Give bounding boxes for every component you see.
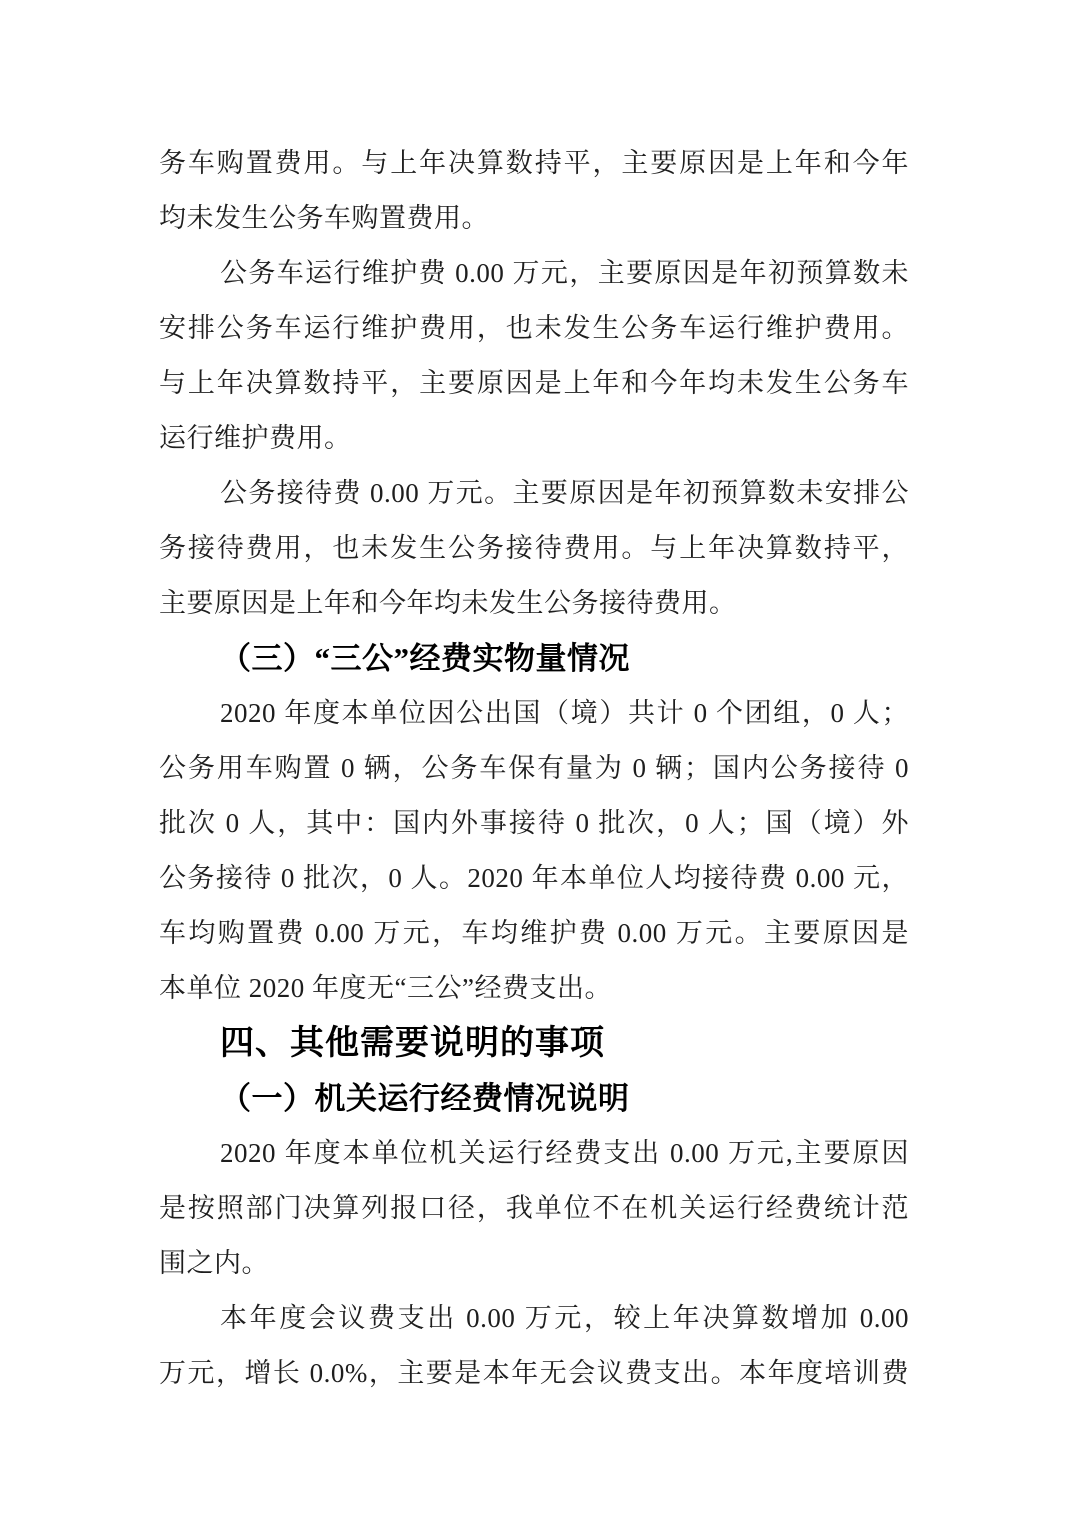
text-line: 与上年决算数持平，主要原因是上年和今年均未发生公务车 <box>159 356 909 411</box>
text-line: 主要原因是上年和今年均未发生公务接待费用。 <box>159 576 909 631</box>
text-line: 运行维护费用。 <box>159 411 909 466</box>
text-line: 安排公务车运行维护费用，也未发生公务车运行维护费用。 <box>159 301 909 356</box>
text-line: 务接待费用，也未发生公务接待费用。与上年决算数持平， <box>159 521 909 576</box>
text-line: 2020 年度本单位因公出国（境）共计 0 个团组，0 人； <box>159 686 909 741</box>
text-line: 均未发生公务车购置费用。 <box>159 191 909 246</box>
text-line: 万元，增长 0.0%，主要是本年无会议费支出。本年度培训费 <box>159 1346 909 1401</box>
text-line: 批次 0 人，其中：国内外事接待 0 批次，0 人；国（境）外 <box>159 796 909 851</box>
text-line: 本年度会议费支出 0.00 万元，较上年决算数增加 0.00 <box>159 1291 909 1346</box>
text-line: 围之内。 <box>159 1236 909 1291</box>
text-line: 务车购置费用。与上年决算数持平，主要原因是上年和今年 <box>159 136 909 191</box>
section-heading: 四、其他需要说明的事项 <box>159 1016 909 1071</box>
text-line: 2020 年度本单位机关运行经费支出 0.00 万元,主要原因 <box>159 1126 909 1181</box>
text-block: 务车购置费用。与上年决算数持平，主要原因是上年和今年均未发生公务车购置费用。公务… <box>159 136 909 1401</box>
text-line: 本单位 2020 年度无“三公”经费支出。 <box>159 961 909 1016</box>
text-line: 公务车运行维护费 0.00 万元，主要原因是年初预算数未 <box>159 246 909 301</box>
text-line: 车均购置费 0.00 万元，车均维护费 0.00 万元。主要原因是 <box>159 906 909 961</box>
section-heading: （一）机关运行经费情况说明 <box>159 1071 909 1126</box>
text-line: 公务接待费 0.00 万元。主要原因是年初预算数未安排公 <box>159 466 909 521</box>
text-line: 公务用车购置 0 辆，公务车保有量为 0 辆；国内公务接待 0 <box>159 741 909 796</box>
text-line: 公务接待 0 批次，0 人。2020 年本单位人均接待费 0.00 元， <box>159 851 909 906</box>
section-heading: （三）“三公”经费实物量情况 <box>159 631 909 686</box>
document-page: 务车购置费用。与上年决算数持平，主要原因是上年和今年均未发生公务车购置费用。公务… <box>0 0 1074 1520</box>
text-line: 是按照部门决算列报口径，我单位不在机关运行经费统计范 <box>159 1181 909 1236</box>
